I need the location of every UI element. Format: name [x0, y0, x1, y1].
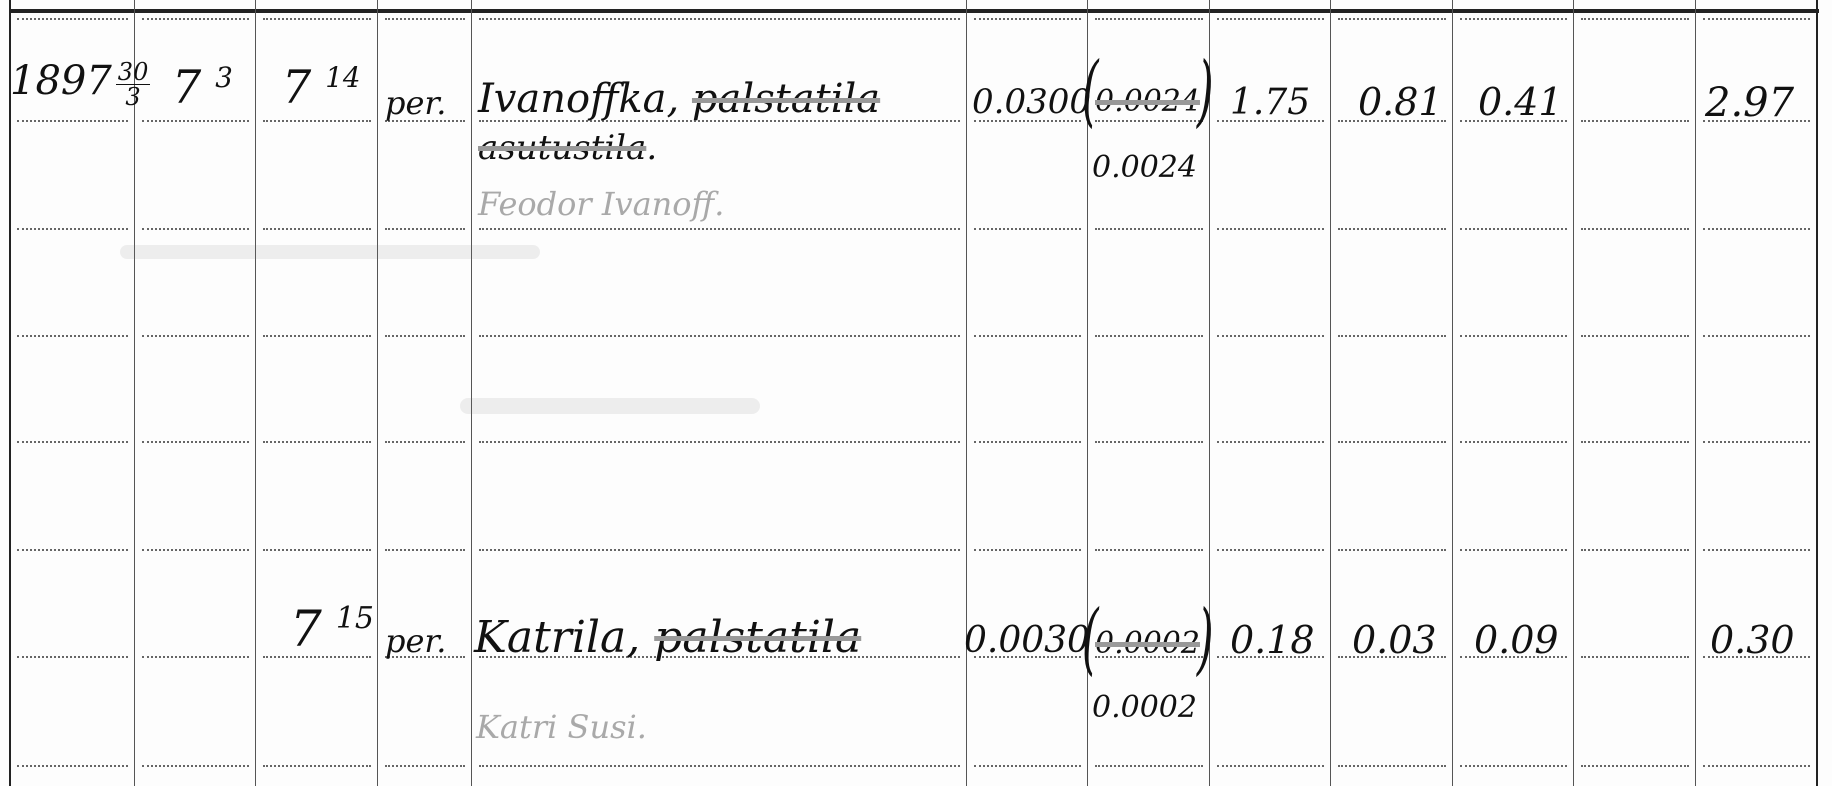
entry-1-value-b: 0.0024 [1092, 150, 1197, 185]
dotted-rule [1095, 335, 1203, 337]
entry-2-value-b: 0.0002 [1092, 690, 1197, 725]
entry-2-struck-word: palstatila [654, 612, 861, 663]
entry-1-struck-word-2: asutustila [478, 128, 646, 168]
entry-2-value-c: 0.18 [1230, 618, 1315, 662]
dotted-rule [17, 656, 128, 658]
dotted-rule [17, 549, 128, 551]
entry-2-abbrev: per. [385, 622, 446, 660]
entry-1-col2: 73 [172, 60, 233, 114]
entry-2-value-a: 0.0030 [964, 620, 1090, 661]
entry-1-value-b-struck: 0.0024 [1095, 84, 1200, 119]
dotted-rule [17, 228, 128, 230]
column-rule [255, 0, 256, 786]
dotted-rule [263, 549, 371, 551]
entry-1-abbrev: per. [385, 84, 446, 122]
dotted-rule [1095, 441, 1203, 443]
dotted-rule [263, 441, 371, 443]
dotted-rule [263, 120, 371, 122]
dotted-rule [385, 765, 465, 767]
dotted-rule [142, 549, 249, 551]
dotted-rule [1217, 335, 1324, 337]
dotted-rule [142, 656, 249, 658]
dotted-rule [479, 18, 960, 20]
entry-1-paren-close: ) [1197, 52, 1214, 130]
dotted-rule [974, 765, 1081, 767]
dotted-rule [974, 228, 1081, 230]
dotted-rule [1581, 441, 1689, 443]
dotted-rule [479, 765, 960, 767]
dotted-rule [974, 549, 1081, 551]
dotted-rule [1703, 441, 1810, 443]
entry-1-name-line1: Ivanoffka, palstatila [478, 76, 880, 122]
dotted-rule [142, 765, 249, 767]
entry-1-col2-sup: 3 [215, 61, 233, 94]
dotted-rule [1217, 765, 1324, 767]
dotted-rule [142, 335, 249, 337]
column-rule [1816, 0, 1818, 786]
dotted-rule [1460, 549, 1567, 551]
dotted-rule [1581, 335, 1689, 337]
dotted-rule [263, 335, 371, 337]
entry-2-value-e: 0.09 [1474, 618, 1559, 662]
dotted-rule [1703, 228, 1810, 230]
entry-1-col3-main: 7 [282, 60, 311, 114]
dotted-rule [1460, 441, 1567, 443]
entry-2-pencil-name: Katri Susi. [476, 708, 647, 746]
entry-2-name: Katrila, [474, 612, 640, 663]
entry-2-paren-close: ) [1197, 600, 1214, 678]
column-rule [1573, 0, 1574, 786]
entry-1-name-tail: . [646, 128, 657, 168]
entry-2-value-b-old: 0.0002 [1095, 626, 1200, 661]
entry-2-value-b-struck: 0.0002 [1095, 626, 1200, 661]
dotted-rule [1581, 765, 1689, 767]
dotted-rule [17, 120, 128, 122]
dotted-rule [1703, 549, 1810, 551]
dotted-rule [479, 335, 960, 337]
dotted-rule [263, 228, 371, 230]
dotted-rule [1338, 335, 1446, 337]
dotted-rule [385, 228, 465, 230]
entry-2-value-d: 0.03 [1352, 618, 1437, 662]
dotted-rule [1338, 549, 1446, 551]
dotted-rule [1460, 765, 1567, 767]
dotted-rule [974, 335, 1081, 337]
entry-1-month: 3 [116, 85, 151, 109]
entry-1-day-month: 303 [116, 60, 151, 109]
entry-1-total: 2.97 [1705, 80, 1794, 126]
column-rule [1330, 0, 1331, 786]
dotted-rule [1217, 228, 1324, 230]
entry-2-name-line1: Katrila, palstatila [474, 612, 861, 663]
dotted-rule [479, 228, 960, 230]
dotted-rule [479, 549, 960, 551]
dotted-rule [1338, 228, 1446, 230]
column-rule [471, 0, 472, 786]
dotted-rule [974, 18, 1081, 20]
entry-1-pencil-name: Feodor Ivanoff. [478, 185, 724, 223]
dotted-rule [1338, 765, 1446, 767]
paper-smudge [120, 245, 540, 259]
entry-1-value-a: 0.0300 [972, 82, 1091, 122]
dotted-rule [17, 335, 128, 337]
dotted-rule [17, 765, 128, 767]
dotted-rule [142, 228, 249, 230]
column-rule [1452, 0, 1453, 786]
dotted-rule [263, 765, 371, 767]
entry-1-day: 30 [116, 60, 151, 85]
paper-smudge [460, 398, 760, 414]
column-rule [9, 0, 11, 786]
column-rule [377, 0, 378, 786]
dotted-rule [1460, 335, 1567, 337]
entry-1-date: 1897303 [10, 58, 150, 109]
dotted-rule [1095, 228, 1203, 230]
entry-2-col3-main: 7 [290, 600, 322, 658]
dotted-rule [385, 441, 465, 443]
entry-1-value-d: 0.81 [1358, 80, 1443, 124]
dotted-rule [1338, 18, 1446, 20]
dotted-rule [142, 441, 249, 443]
dotted-rule [1095, 18, 1203, 20]
entry-1-value-e: 0.41 [1478, 80, 1563, 124]
dotted-rule [385, 18, 465, 20]
entry-1-name-line2: asutustila. [478, 128, 657, 168]
dotted-rule [1703, 335, 1810, 337]
entry-2-col3: 715 [290, 600, 374, 658]
entry-1-name: Ivanoffka, [478, 76, 679, 122]
dotted-rule [1095, 549, 1203, 551]
entry-1-struck-word: palstatila [692, 76, 880, 122]
dotted-rule [1703, 18, 1810, 20]
entry-1-value-c: 1.75 [1230, 82, 1310, 123]
dotted-rule [17, 441, 128, 443]
dotted-rule [1338, 441, 1446, 443]
dotted-rule [1581, 120, 1689, 122]
entry-1-value-b-old: 0.0024 [1095, 84, 1200, 119]
column-rule [966, 0, 967, 786]
dotted-rule [1217, 18, 1324, 20]
dotted-rule [1581, 228, 1689, 230]
dotted-rule [385, 549, 465, 551]
entry-1-col2-main: 7 [172, 60, 201, 114]
entry-1-year: 1897 [10, 58, 112, 104]
dotted-rule [142, 18, 249, 20]
dotted-rule [1460, 228, 1567, 230]
dotted-rule [1460, 18, 1567, 20]
dotted-rule [385, 335, 465, 337]
dotted-rule [1217, 549, 1324, 551]
dotted-rule [263, 18, 371, 20]
dotted-rule [1581, 549, 1689, 551]
ledger-page: 1897303 73 714 per. Ivanoffka, palstatil… [0, 0, 1832, 786]
dotted-rule [1217, 441, 1324, 443]
dotted-rule [479, 441, 960, 443]
entry-2-total: 0.30 [1710, 618, 1795, 662]
column-rule [1695, 0, 1696, 786]
dotted-rule [1581, 656, 1689, 658]
dotted-rule [1703, 765, 1810, 767]
dotted-rule [1095, 765, 1203, 767]
dotted-rule [1095, 120, 1203, 122]
column-rule [134, 0, 135, 786]
entry-1-col3: 714 [282, 60, 360, 114]
dotted-rule [17, 18, 128, 20]
entry-1-col3-sup: 14 [325, 61, 360, 94]
dotted-rule [974, 441, 1081, 443]
dotted-rule [142, 120, 249, 122]
dotted-rule [1581, 18, 1689, 20]
top-rule [9, 9, 1819, 13]
entry-2-col3-sup: 15 [336, 601, 374, 636]
